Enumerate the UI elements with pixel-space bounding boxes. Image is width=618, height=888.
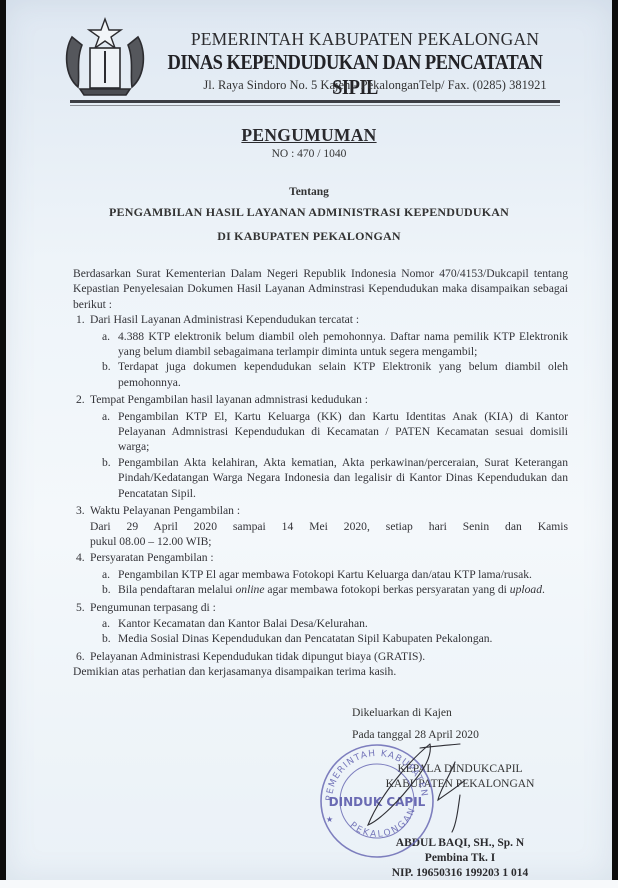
- signatory-position: KEPALA DINDUKCAPIL KABUPATEN PEKALONGAN: [360, 762, 560, 792]
- letterhead-address: Jl. Raya Sindoro No. 5 Kajen - Pekalonga…: [165, 78, 585, 93]
- signatory-rank: Pembina Tk. I: [370, 851, 550, 866]
- regency-emblem-icon: [60, 15, 150, 101]
- issued-at: Dikeluarkan di Kajen: [352, 706, 452, 719]
- list-item: 4. Persyaratan Pengambilan : a.Pengambil…: [73, 550, 568, 597]
- letterhead-divider-thin: [70, 105, 560, 106]
- page-bottom-edge: [0, 880, 618, 888]
- document-body: Berdasarkan Surat Kementerian Dalam Nege…: [73, 266, 568, 680]
- letterhead-government: PEMERINTAH KABUPATEN PEKALONGAN: [155, 29, 575, 50]
- sub-list: a.Pengambilan KTP El agar membawa Fotoko…: [90, 567, 568, 598]
- list-item: 6. Pelayanan Administrasi Kependudukan t…: [73, 649, 568, 664]
- document-title: PENGUMUMAN: [0, 125, 618, 146]
- sub-list: a.4.388 KTP elektronik belum diambil ole…: [90, 329, 568, 391]
- list-item: 1. Dari Hasil Layanan Administrasi Kepen…: [73, 312, 568, 390]
- numbered-list: 1. Dari Hasil Layanan Administrasi Kepen…: [73, 312, 568, 664]
- subject-line-1: PENGAMBILAN HASIL LAYANAN ADMINISTRASI K…: [0, 205, 618, 220]
- signatory-details: ABDUL BAQI, SH., Sp. N Pembina Tk. I NIP…: [370, 836, 550, 881]
- sub-list: a.Pengambilan KTP El, Kartu Keluarga (KK…: [90, 409, 568, 501]
- closing-paragraph: Demikian atas perhatian dan kerjasamanya…: [73, 664, 568, 679]
- signatory-nip: NIP. 19650316 199203 1 014: [370, 866, 550, 881]
- service-time-line-1: Dari 29 April 2020 sampai 14 Mei 2020, s…: [90, 519, 568, 534]
- about-label: Tentang: [0, 186, 618, 198]
- sub-list-item: b.Media Sosial Dinas Kependudukan dan Pe…: [90, 631, 568, 646]
- sub-list-item: b.Pengambilan Akta kelahiran, Akta kemat…: [90, 455, 568, 501]
- list-item: 5. Pengumunan terpasang di : a.Kantor Ke…: [73, 600, 568, 647]
- sub-list-item: b.Terdapat juga dokumen kependudukan sel…: [90, 359, 568, 390]
- sub-list-item: b.Bila pendaftaran melalui online agar m…: [90, 582, 568, 597]
- list-item: 2. Tempat Pengambilan hasil layanan admn…: [73, 392, 568, 501]
- list-item: 3. Waktu Pelayanan Pengambilan : Dari 29…: [73, 503, 568, 549]
- subject-line-2: DI KABUPATEN PEKALONGAN: [0, 229, 618, 244]
- service-time-line-2: pukul 08.00 – 12.00 WIB;: [90, 534, 568, 549]
- sub-list-item: a.Pengambilan KTP El, Kartu Keluarga (KK…: [90, 409, 568, 455]
- sub-list-item: a.Kantor Kecamatan dan Kantor Balai Desa…: [90, 616, 568, 631]
- intro-paragraph: Berdasarkan Surat Kementerian Dalam Nege…: [73, 266, 568, 312]
- letterhead-divider: [70, 100, 560, 103]
- sub-list-item: a.Pengambilan KTP El agar membawa Fotoko…: [90, 567, 568, 582]
- sub-list: a.Kantor Kecamatan dan Kantor Balai Desa…: [90, 616, 568, 647]
- sub-list-item: a.4.388 KTP elektronik belum diambil ole…: [90, 329, 568, 360]
- document-number: NO : 470 / 1040: [0, 148, 618, 160]
- issued-date: Pada tanggal 28 April 2020: [352, 728, 479, 741]
- signatory-name: ABDUL BAQI, SH., Sp. N: [370, 836, 550, 851]
